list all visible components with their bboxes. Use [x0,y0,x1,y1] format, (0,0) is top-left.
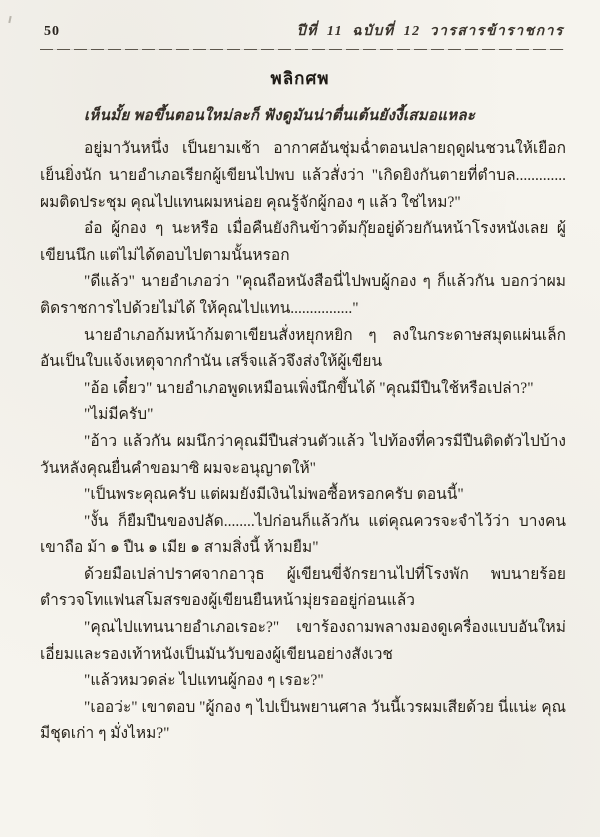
story-paragraph: "อ้อ เดี๋ยว" นายอำเภอพูดเหมือนเพิ่งนึกขึ… [40,376,566,403]
story-paragraph: นายอำเภอก้มหน้าก้มตาเขียนสั่งหยุกหยิก ๆ … [40,323,566,376]
story-paragraph: "อ้าว แล้วกัน ผมนึกว่าคุณมีปืนส่วนตัวแล้… [40,429,566,482]
story-paragraph: "ดีแล้ว" นายอำเภอว่า "คุณถือหนังสือนี่ไป… [40,269,566,322]
story-epigraph: เห็นมั้ย พอขึ้นตอนใหม่ละก็ ฟังดูมันน่าตื… [84,103,570,127]
header-divider-rule [40,49,564,50]
story-paragraph: "ไม่มีครับ" [40,402,566,429]
story-paragraph: "เออว่ะ" เขาตอบ "ผู้กอง ๆ ไปเป็นพยานศาล … [40,695,566,748]
story-paragraph: ด้วยมือเปล่าปราศจากอาวุธ ผู้เขียนขี่จักร… [40,562,566,615]
journal-issue-header: ปีที่ 11 ฉบับที่ 12 วารสารข้าราชการ [297,20,564,42]
story-paragraph: "งั้น ก็ยืมปืนของปลัด........ไปก่อนก็แล้… [40,509,566,562]
story-paragraph: อยู่มาวันหนึ่ง เป็นยามเช้า อากาศอันชุ่มฉ… [40,136,566,216]
story-paragraph: "เป็นพระคุณครับ แต่ผมยังมีเงินไม่พอซื้อห… [40,482,566,509]
page-number: 50 [44,24,60,40]
story-paragraph: อ๋อ ผู้กอง ๆ นะหรือ เมื่อคืนยังกินข้าวต้… [40,216,566,269]
story-title: พลิกศพ [0,65,600,92]
page-header: 50 ปีที่ 11 ฉบับที่ 12 วารสารข้าราชการ [0,0,600,42]
story-paragraph: "แล้วหมวดล่ะ ไปแทนผู้กอง ๆ เรอะ?" [40,668,566,695]
story-paragraph: "คุณไปแทนนายอำเภอเรอะ?" เขาร้องถามพลางมอ… [40,615,566,668]
scanned-journal-page: 50 ปีที่ 11 ฉบับที่ 12 วารสารข้าราชการ พ… [0,0,600,837]
story-body: อยู่มาวันหนึ่ง เป็นยามเช้า อากาศอันชุ่มฉ… [40,136,566,748]
